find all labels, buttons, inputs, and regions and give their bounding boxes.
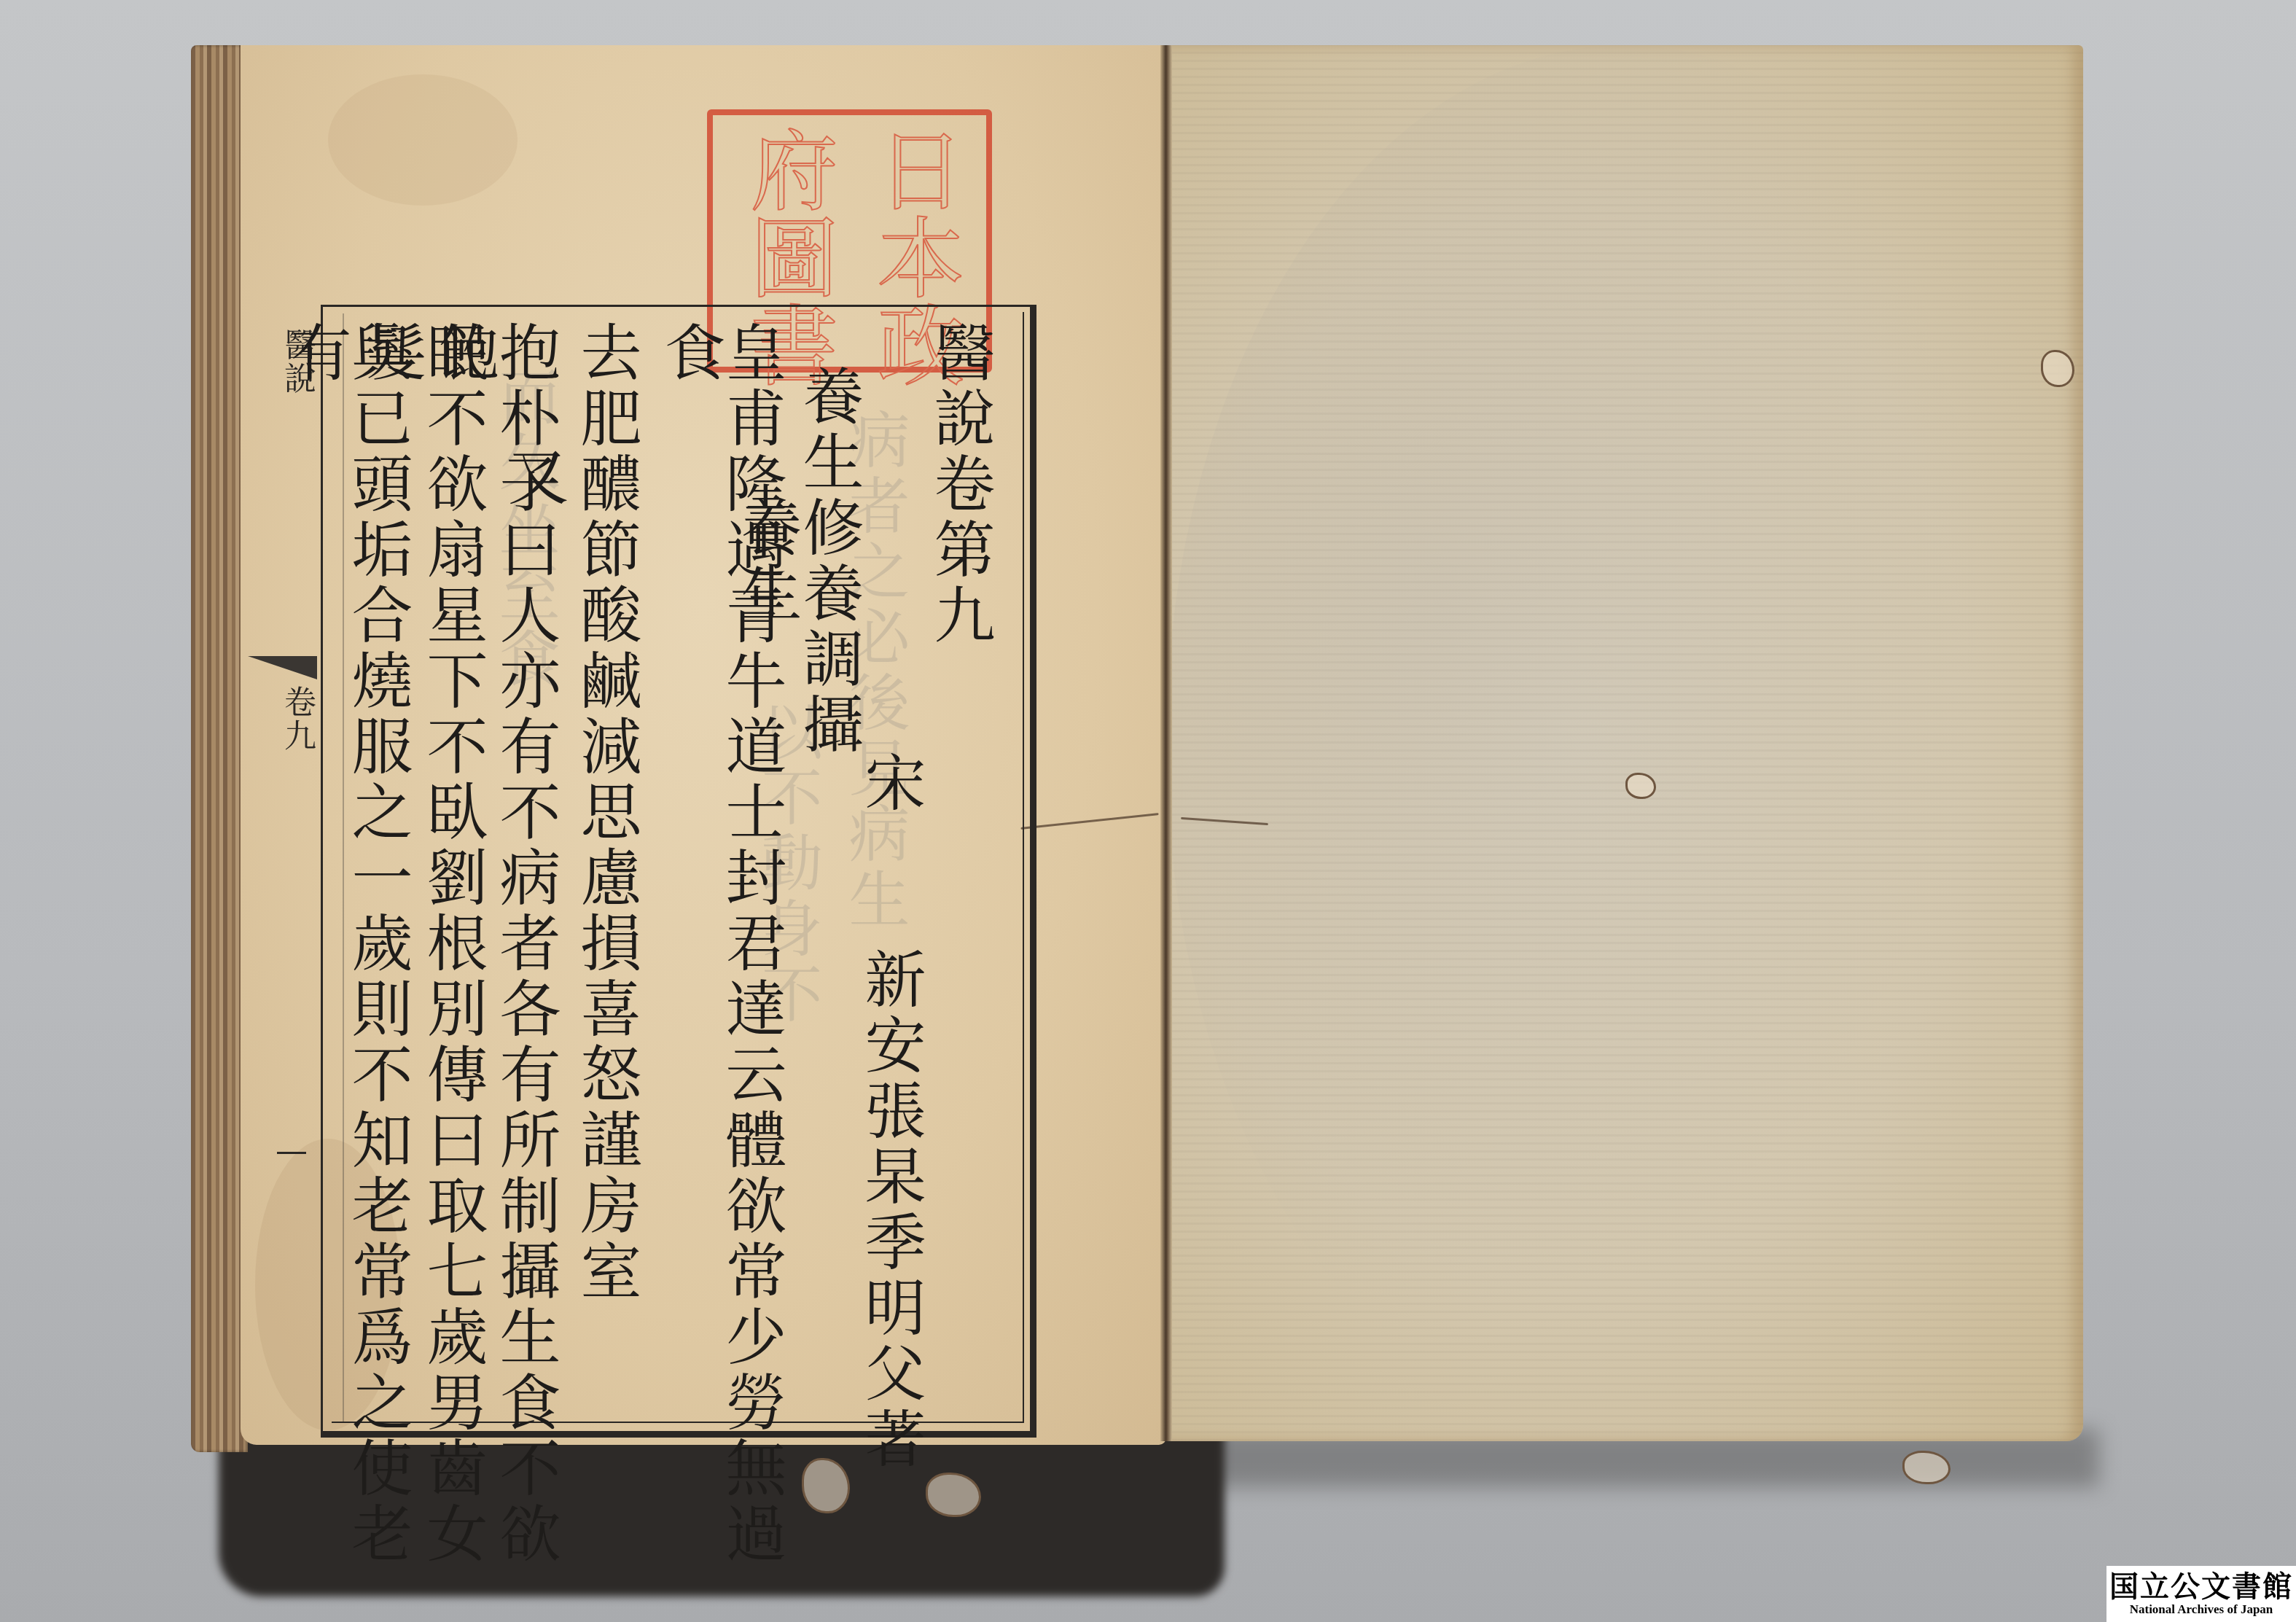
body-column-1: 皇甫隆遇青牛道士封君達云體欲常少勞無過食	[660, 321, 782, 1622]
volume-title: 醫說卷第九	[929, 321, 991, 649]
section-heading: 養生修養調攝	[798, 364, 859, 758]
author-line: 宋 新安張杲季明父著	[860, 751, 921, 1473]
paper-show-through	[1166, 45, 2083, 1441]
logo-english: National Archives of Japan	[2130, 1602, 2273, 1617]
body-column-5: 與已頭垢合燒服之一歲則不知老常爲之使老有	[286, 321, 408, 1622]
book-gutter	[1160, 45, 1172, 1441]
seal-char: 本	[850, 213, 977, 300]
wormhole	[1625, 773, 1656, 799]
seal-char: 圖	[723, 213, 850, 300]
body-column-2: 去肥醲節酸鹹減思慮損喜怒謹房室	[576, 321, 637, 1305]
seal-char: 日	[850, 125, 977, 213]
national-archives-logo: 国立公文書館 National Archives of Japan	[2106, 1566, 2296, 1622]
right-page	[1166, 45, 2083, 1441]
logo-japanese: 国立公文書館	[2109, 1572, 2293, 1602]
seal-char: 府	[723, 125, 850, 213]
paper-stain	[328, 74, 518, 206]
page-stack-edge	[191, 45, 248, 1452]
